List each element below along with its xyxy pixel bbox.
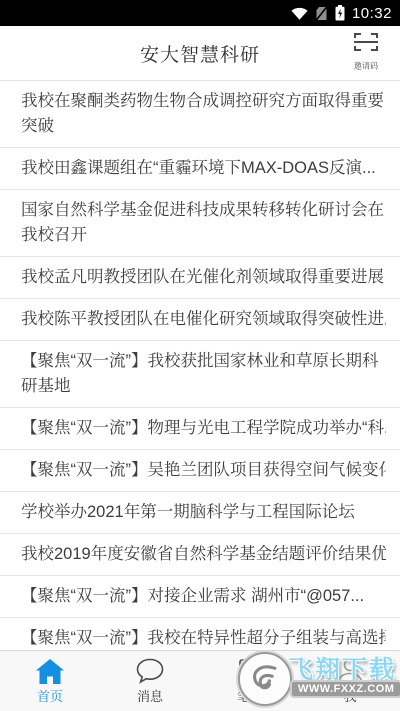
tab-messages[interactable]: 消息 <box>100 651 200 711</box>
home-icon <box>36 652 64 684</box>
app-header: 安大智慧科研 邀请码 <box>0 26 400 81</box>
news-item-title: 我校孟凡明教授团队在光催化剂领域取得重要进展 <box>21 265 386 290</box>
watermark-url: WWW.FXXZ.COM <box>290 680 400 698</box>
news-item-title: 【聚焦“双一流”】对接企业需求 湖州市“@057... <box>21 584 386 609</box>
news-list[interactable]: 我校在聚酮类药物生物合成调控研究方面取得重要突破 我校田鑫课题组在“重霾环境下M… <box>0 81 400 711</box>
chat-bubble-icon <box>136 652 164 684</box>
wifi-icon <box>291 7 308 20</box>
news-list-item[interactable]: 【聚焦“双一流”】物理与光电工程学院成功举办“科... <box>0 408 400 450</box>
news-list-item[interactable]: 我校在聚酮类药物生物合成调控研究方面取得重要突破 <box>0 81 400 148</box>
tab-home-label: 首页 <box>37 686 63 705</box>
scan-frame-icon <box>353 39 379 56</box>
news-item-title: 【聚焦“双一流”】物理与光电工程学院成功举办“科... <box>21 416 386 441</box>
news-list-item[interactable]: 【聚焦“双一流”】对接企业需求 湖州市“@057... <box>0 576 400 618</box>
news-list-item[interactable]: 我校田鑫课题组在“重霾环境下MAX-DOAS反演... <box>0 148 400 190</box>
news-item-title: 我校陈平教授团队在电催化研究领域取得突破性进展 <box>21 307 386 332</box>
news-item-title: 我校田鑫课题组在“重霾环境下MAX-DOAS反演... <box>21 156 386 181</box>
tab-home[interactable]: 首页 <box>0 651 100 711</box>
status-time: 10:32 <box>352 5 392 22</box>
fxxz-logo-icon <box>238 652 292 706</box>
news-item-title: 【聚焦“双一流”】吴艳兰团队项目获得空间气候变化... <box>21 458 386 483</box>
status-bar: 10:32 <box>0 0 400 26</box>
sim-off-icon <box>315 6 328 21</box>
app-screen: 10:32 安大智慧科研 邀请码 我校在聚酮类药物生物合成调控研究方面取得重要突… <box>0 0 400 711</box>
news-item-title: 【聚焦“双一流”】我校在特异性超分子组装与高选择... <box>21 626 386 651</box>
watermark: 飞翔下载 WWW.FXXZ.COM <box>238 650 400 708</box>
news-item-title: 我校2019年度安徽省自然科学基金结题评价结果优良 <box>21 542 386 567</box>
invite-code-label: 邀请码 <box>346 60 386 72</box>
news-list-item[interactable]: 【聚焦“双一流”】吴艳兰团队项目获得空间气候变化... <box>0 450 400 492</box>
news-list-item[interactable]: 【聚焦“双一流”】我校获批国家林业和草原长期科研基地 <box>0 341 400 408</box>
news-item-title: 【聚焦“双一流”】我校获批国家林业和草原长期科研基地 <box>21 352 379 395</box>
page-title: 安大智慧科研 <box>0 40 400 67</box>
battery-charging-icon <box>335 5 345 21</box>
tab-messages-label: 消息 <box>137 686 163 705</box>
news-list-item[interactable]: 我校陈平教授团队在电催化研究领域取得突破性进展 <box>0 299 400 341</box>
news-list-item[interactable]: 我校孟凡明教授团队在光催化剂领域取得重要进展 <box>0 257 400 299</box>
news-list-item[interactable]: 国家自然科学基金促进科技成果转移转化研讨会在我校召开 <box>0 190 400 257</box>
news-list-item[interactable]: 我校2019年度安徽省自然科学基金结题评价结果优良 <box>0 534 400 576</box>
news-item-title: 我校在聚酮类药物生物合成调控研究方面取得重要突破 <box>21 92 384 135</box>
news-item-title: 国家自然科学基金促进科技成果转移转化研讨会在我校召开 <box>21 201 384 244</box>
invite-code-button[interactable]: 邀请码 <box>344 32 388 72</box>
news-item-title: 学校举办2021年第一期脑科学与工程国际论坛 <box>21 500 386 525</box>
news-list-item[interactable]: 学校举办2021年第一期脑科学与工程国际论坛 <box>0 492 400 534</box>
